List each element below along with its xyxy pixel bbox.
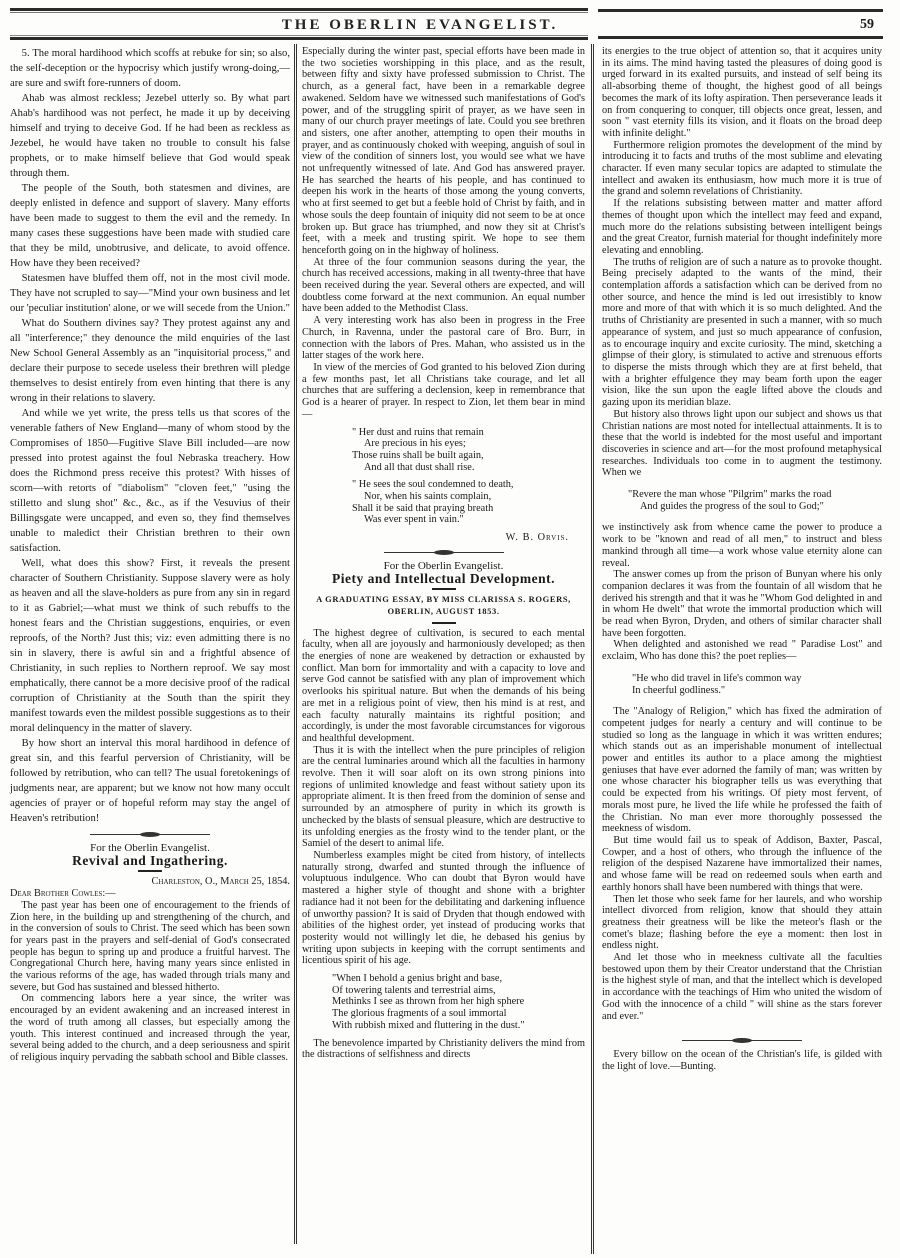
closing-quote: Every billow on the ocean of the Christi…: [602, 1049, 882, 1072]
dateline: Charleston, O., March 25, 1854.: [10, 876, 290, 888]
title-rule: [138, 870, 162, 872]
paragraph: And while we yet write, the press tells …: [10, 406, 290, 556]
poem-line: The glorious fragments of a soul immorta…: [332, 1008, 585, 1020]
title-rule: [432, 588, 456, 590]
newspaper-page: THE OBERLIN EVANGELIST. 59 5. The moral …: [0, 0, 900, 1258]
header-rule: [10, 12, 588, 13]
paragraph: 5. The moral hardihood which scoffs at r…: [10, 46, 290, 91]
paragraph: Furthermore religion promotes the develo…: [602, 140, 882, 199]
hymn-stanza-1: " Her dust and ruins that remain Are pre…: [302, 427, 585, 474]
masthead-title: THE OBERLIN EVANGELIST.: [240, 17, 600, 34]
paragraph: At three of the four communion seasons d…: [302, 257, 585, 316]
page-number: 59: [860, 17, 874, 33]
header-rule: [598, 36, 883, 39]
section-divider: [90, 834, 210, 835]
paragraph: On commencing labors here a year since, …: [10, 993, 290, 1063]
section-divider: [682, 1040, 802, 1041]
article-title: Piety and Intellectual Development.: [302, 573, 585, 585]
poem-line: With rubbish mixed and fluttering in the…: [332, 1020, 585, 1032]
poem-line: In cheerful godliness.": [632, 685, 882, 697]
column-2: Especially during the winter past, speci…: [302, 46, 585, 1061]
paragraph: When delighted and astonished we read " …: [602, 639, 882, 662]
column-rule: [591, 44, 592, 1254]
poem-line: "When I behold a genius bright and base,: [332, 973, 585, 985]
poem-line: And all that dust shall rise.: [352, 462, 585, 474]
poem-pilgrim: "Revere the man whose "Pilgrim" marks th…: [602, 489, 882, 512]
paragraph: The people of the South, both statesmen …: [10, 181, 290, 271]
paragraph: What do Southern divines say? They prote…: [10, 316, 290, 406]
paragraph: If the relations subsisting between matt…: [602, 198, 882, 257]
paragraph: its energies to the true object of atten…: [602, 46, 882, 140]
column-rule: [296, 44, 297, 1244]
paragraph: In view of the mercies of God granted to…: [302, 362, 585, 421]
byline: OBERLIN, AUGUST 1853.: [302, 606, 585, 618]
author-signature: W. B. Orvis.: [302, 532, 585, 544]
article-title: Revival and Ingathering.: [10, 855, 290, 867]
section-divider: [384, 552, 504, 553]
hymn-stanza-2: " He sees the soul condemned to death, N…: [302, 479, 585, 526]
poem-line: Of towering talents and terrestrial aims…: [332, 985, 585, 997]
poem-line: " He sees the soul condemned to death,: [352, 479, 585, 491]
header-rule: [10, 35, 588, 36]
poem-line: Those ruins shall be built again,: [352, 450, 585, 462]
poem-line: Are precious in his eyes;: [352, 438, 585, 450]
paragraph: By how short an interval this moral hard…: [10, 736, 290, 826]
poem-line: Shall it be said that praying breath: [352, 503, 585, 515]
poem-line: Methinks I see as thrown from her high s…: [332, 996, 585, 1008]
paragraph: And let those who in meekness cultivate …: [602, 952, 882, 1022]
paragraph: The answer comes up from the prison of B…: [602, 569, 882, 639]
paragraph: A very interesting work has also been in…: [302, 315, 585, 362]
paragraph: Especially during the winter past, speci…: [302, 46, 585, 257]
paragraph: But history also throws light upon our s…: [602, 409, 882, 479]
header-rule: [10, 8, 588, 11]
poem-genius: "When I behold a genius bright and base,…: [302, 973, 585, 1032]
poem-line: Was ever spent in vain.": [352, 514, 585, 526]
column-1: 5. The moral hardihood which scoffs at r…: [10, 46, 290, 1064]
article-revival: For the Oberlin Evangelist. Revival and …: [10, 843, 290, 1064]
poem-line: "Revere the man whose "Pilgrim" marks th…: [628, 489, 882, 501]
poem-line: And guides the progress of the soul to G…: [628, 501, 882, 513]
paragraph: The highest degree of cultivation, is se…: [302, 628, 585, 745]
paragraph: Ahab was almost reckless; Jezebel utterl…: [10, 91, 290, 181]
paragraph: But time would fail us to speak of Addis…: [602, 835, 882, 894]
salutation: Dear Brother Cowles:—: [10, 888, 290, 900]
paragraph: The past year has been one of encouragem…: [10, 900, 290, 994]
paragraph: we instinctively ask from whence came th…: [602, 522, 882, 569]
column-3: its energies to the true object of atten…: [602, 46, 882, 1073]
column-rule: [294, 44, 295, 1244]
header-rule: [598, 9, 883, 12]
header-rule: [10, 37, 588, 40]
poem-line: " Her dust and ruins that remain: [352, 427, 585, 439]
paragraph: Statesmen have bluffed them off, not in …: [10, 271, 290, 316]
poem-line: Nor, when his saints complain,: [352, 491, 585, 503]
column-rule: [593, 44, 594, 1254]
paragraph: Then let those who seek fame for her lau…: [602, 894, 882, 953]
paragraph: The benevolence imparted by Christianity…: [302, 1038, 585, 1061]
paragraph: Thus it is with the intellect when the p…: [302, 745, 585, 850]
poem-milton: "He who did travel in life's common way …: [602, 673, 882, 696]
page-header: THE OBERLIN EVANGELIST. 59: [0, 0, 900, 42]
paragraph: Well, what does this show? First, it rev…: [10, 556, 290, 736]
byline: A GRADUATING ESSAY, BY MISS CLARISSA S. …: [302, 594, 585, 606]
poem-line: "He who did travel in life's common way: [632, 673, 882, 685]
paragraph: The truths of religion are of such a nat…: [602, 257, 882, 409]
paragraph: The "Analogy of Religion," which has fix…: [602, 706, 882, 835]
title-rule: [432, 622, 456, 624]
paragraph: Numberless examples might be cited from …: [302, 850, 585, 967]
